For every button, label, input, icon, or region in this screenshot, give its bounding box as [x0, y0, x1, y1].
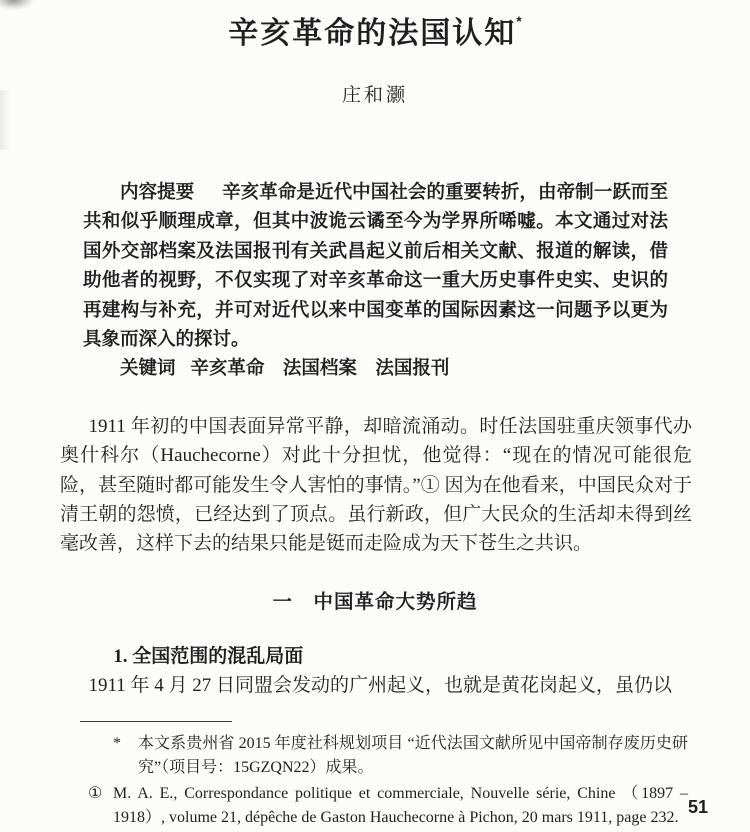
page-title: 辛亥革命的法国认知* — [0, 0, 750, 52]
page-number: 51 — [688, 797, 708, 818]
footnote-separator — [80, 721, 232, 722]
author-name: 庄和灏 — [0, 80, 750, 107]
footnote-item: ① M. A. E., Correspondance politique et … — [88, 782, 750, 830]
keywords-list: 辛亥革命 法国档案 法国报刊 — [190, 359, 449, 379]
footnote-text: M. A. E., Correspondance politique et co… — [113, 782, 688, 830]
intro-paragraph: 1911 年初的中国表面异常平静，却暗流涌动。时任法国驻重庆领事代办奥什科尔（H… — [60, 412, 692, 559]
title-footnote-marker: * — [516, 13, 521, 29]
footnote-marker: * — [113, 732, 138, 780]
abstract-paragraph: 内容提要辛亥革命是近代中国社会的重要转折，由帝制一跃而至共和似乎顺理成章，但其中… — [83, 179, 668, 355]
footnote-item: * 本文系贵州省 2015 年度社科规划项目 “近代法国文献所见中国帝制存废历史… — [113, 732, 750, 780]
page-title-text: 辛亥革命的法国认知 — [228, 17, 516, 50]
abstract-label: 内容提要 — [120, 183, 194, 203]
section-1-heading: 一 中国革命大势所趋 — [0, 586, 750, 614]
keywords-line: 关键词辛亥革命 法国档案 法国报刊 — [83, 355, 668, 384]
keywords-label: 关键词 — [120, 359, 176, 379]
scan-smudge — [0, 0, 34, 10]
scan-edge-noise — [0, 90, 10, 150]
footnote-marker: ① — [88, 782, 113, 830]
subsection-1-paragraph: 1911 年 4 月 27 日同盟会发动的广州起义，也就是黄花岗起义，虽仍以 — [60, 671, 692, 700]
journal-page: 辛亥革命的法国认知* 庄和灏 内容提要辛亥革命是近代中国社会的重要转折，由帝制一… — [0, 0, 750, 832]
subsection-1-text: 1911 年 4 月 27 日同盟会发动的广州起义，也就是黄花岗起义，虽仍以 — [60, 671, 692, 700]
abstract-block: 内容提要辛亥革命是近代中国社会的重要转折，由帝制一跃而至共和似乎顺理成章，但其中… — [83, 179, 668, 385]
footnotes-block: * 本文系贵州省 2015 年度社科规划项目 “近代法国文献所见中国帝制存废历史… — [0, 732, 750, 830]
footnote-text: 本文系贵州省 2015 年度社科规划项目 “近代法国文献所见中国帝制存废历史研究… — [138, 732, 688, 780]
abstract-text: 辛亥革命是近代中国社会的重要转折，由帝制一跃而至共和似乎顺理成章，但其中波诡云谲… — [83, 183, 668, 350]
main-text: 1911 年初的中国表面异常平静，却暗流涌动。时任法国驻重庆领事代办奥什科尔（H… — [60, 412, 692, 559]
subsection-1-heading: 1. 全国范围的混乱局面 — [60, 642, 692, 671]
